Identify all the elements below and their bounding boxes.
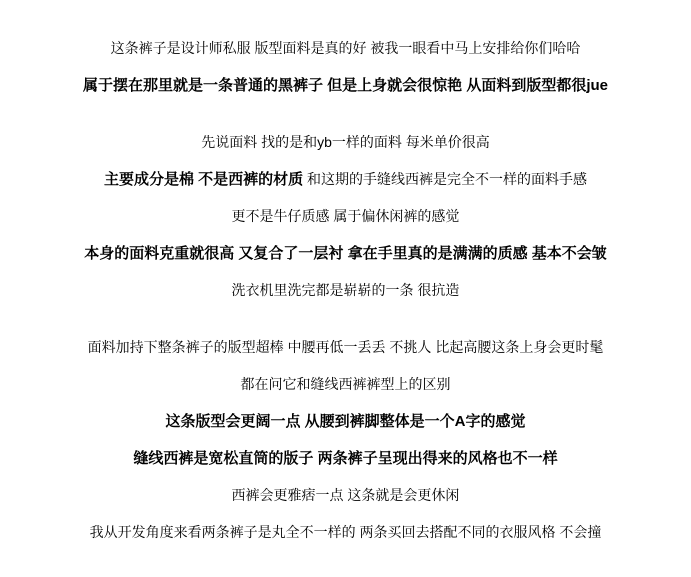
paragraph-8: 面料加持下整条裤子的版型超棒 中腰再低一丢丢 不挑人 比起高腰这条上身会更时髦 bbox=[0, 329, 691, 366]
paragraph-4: 主要成分是棉 不是西裤的材质 和这期的手缝线西裤是完全不一样的面料手感 bbox=[0, 161, 691, 198]
paragraph-1: 这条裤子是设计师私服 版型面料是真的好 被我一眼看中马上安排给你们哈哈 bbox=[0, 30, 691, 67]
paragraph-10-text: 这条版型会更阔一点 从腰到裤脚整体是一个A字的感觉 bbox=[165, 413, 525, 430]
paragraph-13: 我从开发角度来看两条裤子是丸全不一样的 两条买回去搭配不同的衣服风格 不会撞 bbox=[0, 514, 691, 551]
paragraph-3: 先说面料 找的是和yb一样的面料 每米单价很高 bbox=[0, 124, 691, 161]
paragraph-6-text: 本身的面料克重就很高 又复合了一层衬 拿在手里真的是满满的质感 基本不会皱 bbox=[84, 245, 607, 262]
paragraph-12-text: 西裤会更雅痞一点 这条就是会更休闲 bbox=[232, 487, 460, 503]
paragraph-7: 洗衣机里洗完都是崭崭的一条 很抗造 bbox=[0, 272, 691, 309]
paragraph-11-text: 缝线西裤是宽松直筒的版子 两条裤子呈现出得来的风格也不一样 bbox=[133, 450, 557, 467]
paragraph-9: 都在问它和缝线西裤裤型上的区别 bbox=[0, 366, 691, 403]
paragraph-3-text: 先说面料 找的是和yb一样的面料 每米单价很高 bbox=[201, 134, 490, 150]
paragraph-7-text: 洗衣机里洗完都是崭崭的一条 很抗造 bbox=[232, 282, 460, 298]
paragraph-13-text: 我从开发角度来看两条裤子是丸全不一样的 两条买回去搭配不同的衣服风格 不会撞 bbox=[90, 524, 602, 540]
paragraph-4-text-regular: 和这期的手缝线西裤是完全不一样的面料手感 bbox=[303, 171, 587, 187]
paragraph-11: 缝线西裤是宽松直筒的版子 两条裤子呈现出得来的风格也不一样 bbox=[0, 440, 691, 477]
paragraph-9-text: 都在问它和缝线西裤裤型上的区别 bbox=[241, 376, 451, 392]
paragraph-5: 更不是牛仔质感 属于偏休闲裤的感觉 bbox=[0, 198, 691, 235]
paragraph-8-text: 面料加持下整条裤子的版型超棒 中腰再低一丢丢 不挑人 比起高腰这条上身会更时髦 bbox=[88, 339, 604, 355]
paragraph-2-text: 属于摆在那里就是一条普通的黑裤子 但是上身就会很惊艳 从面料到版型都很jue bbox=[83, 77, 608, 94]
paragraph-6: 本身的面料克重就很高 又复合了一层衬 拿在手里真的是满满的质感 基本不会皱 bbox=[0, 235, 691, 272]
document-page: 这条裤子是设计师私服 版型面料是真的好 被我一眼看中马上安排给你们哈哈 属于摆在… bbox=[0, 0, 691, 577]
paragraph-10: 这条版型会更阔一点 从腰到裤脚整体是一个A字的感觉 bbox=[0, 403, 691, 440]
paragraph-12: 西裤会更雅痞一点 这条就是会更休闲 bbox=[0, 477, 691, 514]
paragraph-2: 属于摆在那里就是一条普通的黑裤子 但是上身就会很惊艳 从面料到版型都很jue bbox=[0, 67, 691, 104]
paragraph-5-text: 更不是牛仔质感 属于偏休闲裤的感觉 bbox=[232, 208, 460, 224]
paragraph-1-text: 这条裤子是设计师私服 版型面料是真的好 被我一眼看中马上安排给你们哈哈 bbox=[111, 40, 581, 56]
paragraph-4-text-bold: 主要成分是棉 不是西裤的材质 bbox=[104, 171, 303, 188]
